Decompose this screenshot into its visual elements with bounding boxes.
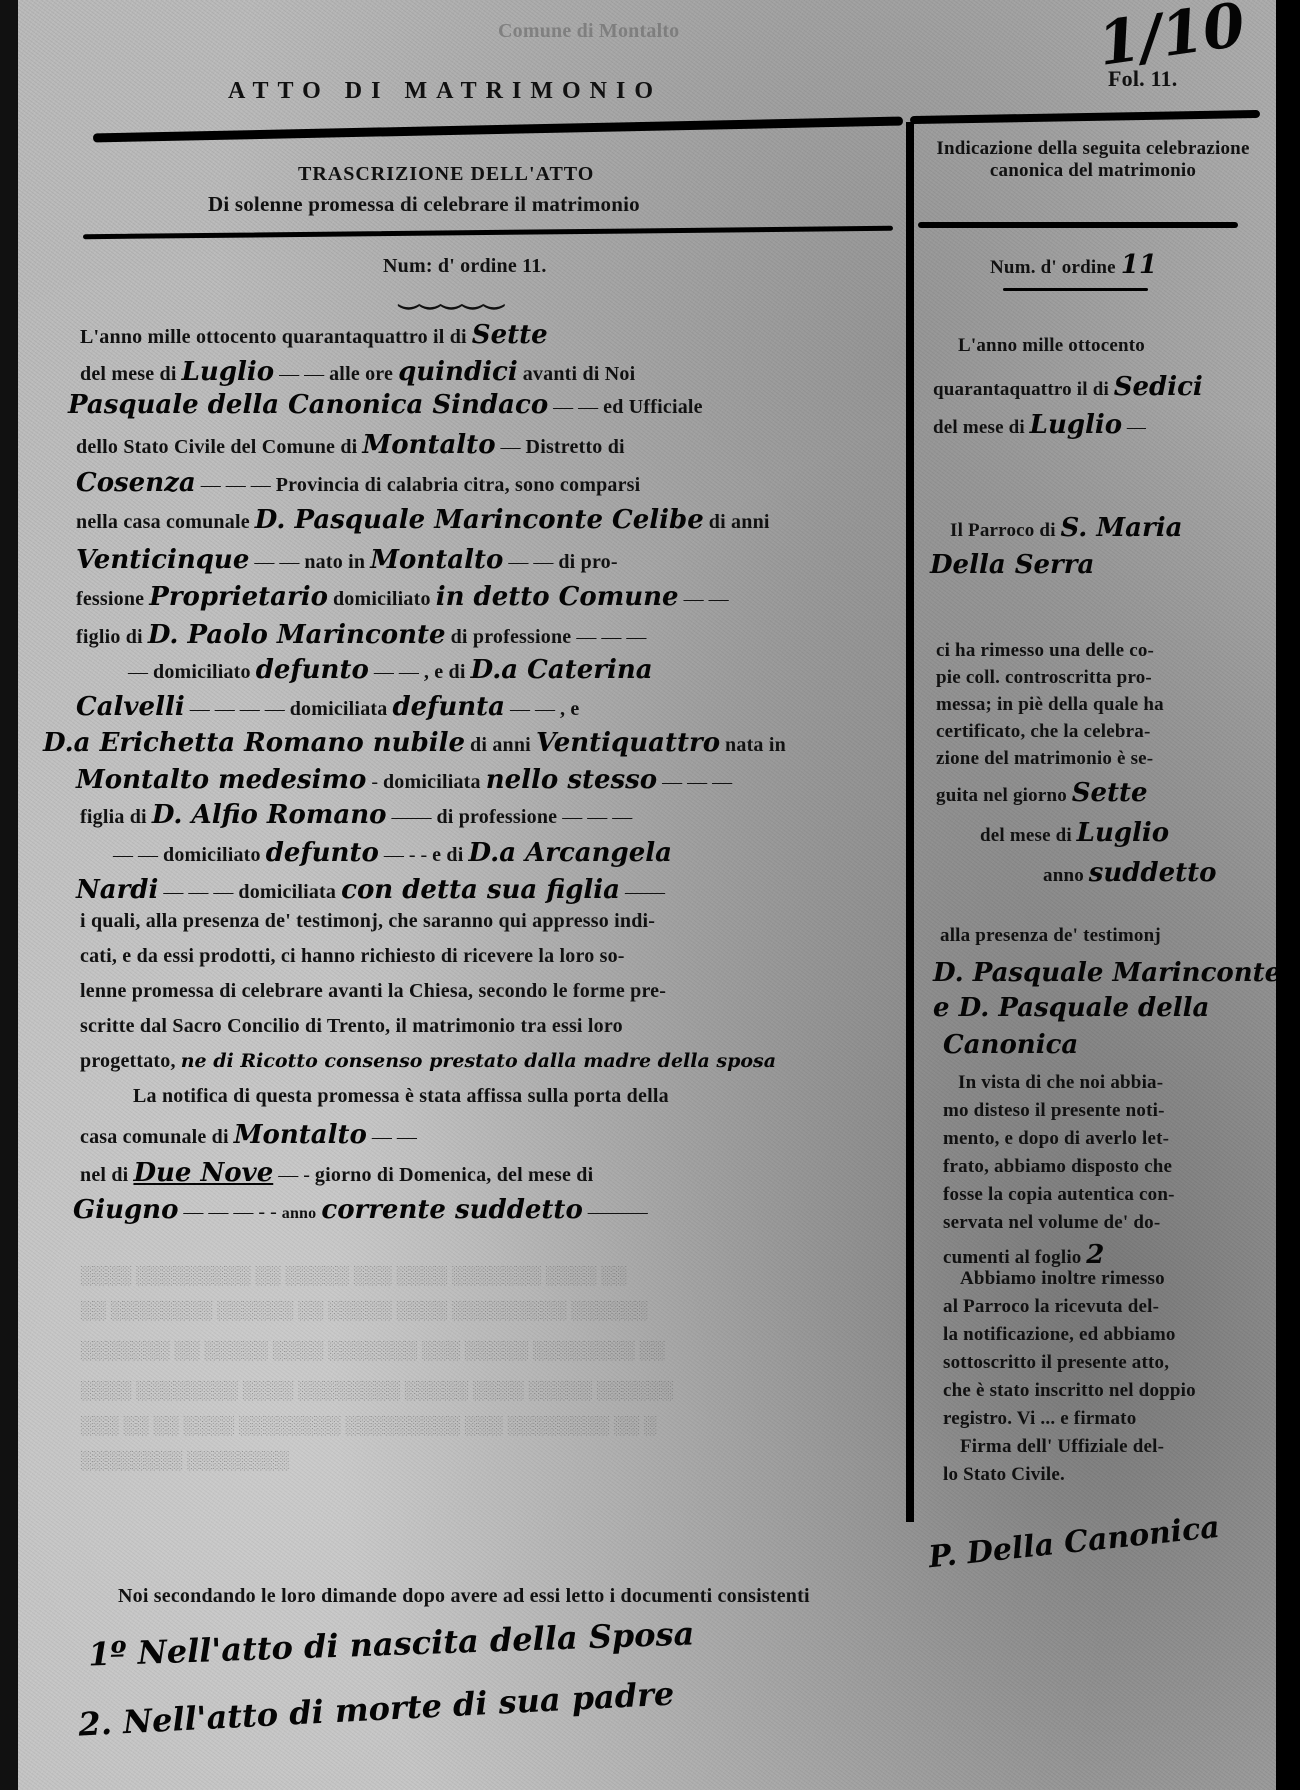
line-11: Calvelli — — — — domiciliata defunta — —… bbox=[76, 692, 580, 722]
right-line: ci ha rimesso una delle co- bbox=[936, 640, 1154, 662]
line-15: — — domiciliato defunto — - - e di D.a A… bbox=[113, 838, 672, 868]
section-rule bbox=[83, 226, 893, 239]
right-line: frato, abbiamo disposto che bbox=[943, 1156, 1172, 1178]
right-line: anno suddetto bbox=[1043, 858, 1217, 888]
line-16: Nardi — — — domiciliata con detta sua fi… bbox=[76, 875, 665, 905]
line-1: L'anno mille ottocento quarantaquattro i… bbox=[80, 320, 548, 350]
line-20: scritte dal Sacro Concilio di Trento, il… bbox=[80, 1015, 623, 1038]
right-line: del mese di Luglio — bbox=[933, 410, 1146, 440]
right-line: messa; in piè della quale ha bbox=[936, 694, 1164, 716]
right-order-rule bbox=[1003, 288, 1148, 291]
right-line: lo Stato Civile. bbox=[943, 1464, 1065, 1486]
official-signature: P. Della Canonica bbox=[927, 1510, 1221, 1575]
right-line: sottoscritto il presente atto, bbox=[943, 1352, 1169, 1374]
line-8: fessione Proprietario domiciliato in det… bbox=[76, 582, 729, 612]
footer-item-2: 2. Nell'atto di morte di sua padre bbox=[77, 1674, 675, 1743]
line-4: dello Stato Civile del Comune di Montalt… bbox=[76, 430, 625, 460]
line-14: figlia di D. Alfio Romano —— di professi… bbox=[80, 800, 632, 830]
line-5: Cosenza — — — Provincia di calabria citr… bbox=[76, 468, 640, 498]
footer-printed-line: Noi secondando le loro dimande dopo aver… bbox=[118, 1585, 810, 1608]
right-line: del mese di Luglio bbox=[980, 818, 1169, 848]
right-line: la notificazione, ed abbiamo bbox=[943, 1324, 1176, 1346]
right-line: certificato, che la celebra- bbox=[936, 721, 1151, 743]
right-line: guita nel giorno Sette bbox=[936, 778, 1148, 808]
bleed-through-line: ░░░░░░░ ░░ ░░░░░ ░░░░ ░░░░░░░ ░░░ ░░░░░ … bbox=[80, 1340, 664, 1361]
right-line: D. Pasquale Marinconte bbox=[933, 958, 1281, 988]
right-line: al Parroco la ricevuta del- bbox=[943, 1296, 1159, 1318]
right-line: zione del matrimonio è se- bbox=[936, 748, 1153, 770]
line-7: Venticinque — — nato in Montalto — — di … bbox=[76, 545, 618, 575]
right-line: registro. Vi ... e firmato bbox=[943, 1408, 1136, 1430]
footer-item-1: 1º Nell'atto di nascita della Sposa bbox=[88, 1614, 695, 1673]
right-line: alla presenza de' testimonj bbox=[940, 925, 1161, 947]
line-18: cati, e da essi prodotti, ci hanno richi… bbox=[80, 945, 625, 968]
right-line: Abbiamo inoltre rimesso bbox=[960, 1268, 1165, 1290]
right-line: e D. Pasquale della bbox=[933, 993, 1209, 1023]
order-number-value: 11. bbox=[522, 255, 547, 277]
right-line: quarantaquattro il di Sedici bbox=[933, 372, 1203, 402]
line-9: figlio di D. Paolo Marinconte di profess… bbox=[76, 620, 646, 650]
bleed-through-line: ░░░░░░░░ ░░░░░░░░ bbox=[80, 1450, 289, 1471]
bleed-through-line: ░░░░ ░░░░░░░░░ ░░ ░░░░░ ░░░ ░░░░ ░░░░░░░… bbox=[80, 1265, 626, 1286]
folio-number: Fol. 11. bbox=[1108, 66, 1177, 92]
order-number: Num: d' ordine 11. bbox=[383, 255, 547, 278]
line-24: nel di Due Nove — - giorno di Domenica, … bbox=[80, 1158, 593, 1188]
line-13: Montalto medesimo - domiciliata nello st… bbox=[76, 765, 732, 795]
right-line: mo disteso il presente noti- bbox=[943, 1100, 1165, 1122]
right-header-rule bbox=[918, 222, 1238, 228]
right-line: servata nel volume de' do- bbox=[943, 1212, 1160, 1234]
line-10: — domiciliato defunto — — , e di D.a Cat… bbox=[128, 655, 653, 685]
line-21: progettato, ne di Ricotto consenso prest… bbox=[80, 1050, 776, 1073]
right-line: mento, e dopo di averlo let- bbox=[943, 1128, 1169, 1150]
faded-header-text: Comune di Montalto bbox=[498, 20, 679, 43]
line-2: del mese di Luglio — — alle ore quindici… bbox=[80, 357, 635, 387]
document-title: ATTO DI MATRIMONIO bbox=[228, 78, 662, 105]
right-line: Della Serra bbox=[930, 550, 1094, 580]
bleed-through-line: ░░░░ ░░░░░░░░ ░░░░ ░░░░░░░░ ░░░░░ ░░░░ ░… bbox=[80, 1380, 673, 1401]
handwritten-day: Sette bbox=[472, 320, 548, 350]
top-rule-left bbox=[93, 117, 903, 143]
bleed-through-line: ░░░ ░░ ░░ ░░░░ ░░░░░░░░ ░░░░░░░░░ ░░░ ░░… bbox=[80, 1415, 656, 1436]
right-line: Firma dell' Uffiziale del- bbox=[960, 1436, 1164, 1458]
section-title: TRASCRIZIONE DELL'ATTO bbox=[298, 163, 594, 186]
bleed-through-line: ░░ ░░░░░░░░ ░░░░░░ ░░ ░░░░░ ░░░░ ░░░░░░░… bbox=[80, 1300, 647, 1321]
order-number-label: Num: d' ordine bbox=[383, 255, 517, 277]
section-subtitle: Di solenne promessa di celebrare il matr… bbox=[208, 192, 640, 217]
line-25: Giugno — — — - - anno corrente suddetto … bbox=[73, 1195, 648, 1225]
scan-right-edge bbox=[1276, 0, 1300, 1790]
right-line: che è stato inscritto nel doppio bbox=[943, 1380, 1196, 1402]
right-line: In vista di che noi abbia- bbox=[958, 1072, 1163, 1094]
right-line: Canonica bbox=[943, 1030, 1078, 1060]
right-line: fosse la copia autentica con- bbox=[943, 1184, 1175, 1206]
line-17: i quali, alla presenza de' testimonj, ch… bbox=[80, 910, 655, 933]
right-line: L'anno mille ottocento bbox=[958, 335, 1145, 357]
line-6: nella casa comunale D. Pasquale Marincon… bbox=[76, 505, 770, 535]
line-3: Pasquale della Canonica Sindaco — — ed U… bbox=[68, 390, 703, 420]
right-line: Il Parroco di S. Maria bbox=[950, 513, 1182, 543]
line-23: casa comunale di Montalto — — bbox=[80, 1120, 417, 1150]
line-19: lenne promessa di celebrare avanti la Ch… bbox=[80, 980, 666, 1003]
document-page: Comune di Montalto 1/10 ATTO DI MATRIMON… bbox=[18, 0, 1276, 1790]
line-22: La notifica di questa promessa è stata a… bbox=[133, 1085, 669, 1108]
column-divider bbox=[906, 122, 914, 1522]
right-line: cumenti al foglio 2 bbox=[943, 1240, 1104, 1270]
right-column-header: Indicazione della seguita celebrazione c… bbox=[928, 138, 1258, 182]
top-rule-right bbox=[910, 110, 1260, 124]
right-order-number: Num. d' ordine 11 bbox=[990, 250, 1157, 280]
decorative-brace: ⏝⏝⏝⏝⏝ bbox=[398, 283, 505, 309]
line-12: D.a Erichetta Romano nubile di anni Vent… bbox=[43, 728, 786, 758]
right-line: pie coll. controscritta pro- bbox=[936, 667, 1152, 689]
scan-left-edge bbox=[0, 0, 18, 1790]
